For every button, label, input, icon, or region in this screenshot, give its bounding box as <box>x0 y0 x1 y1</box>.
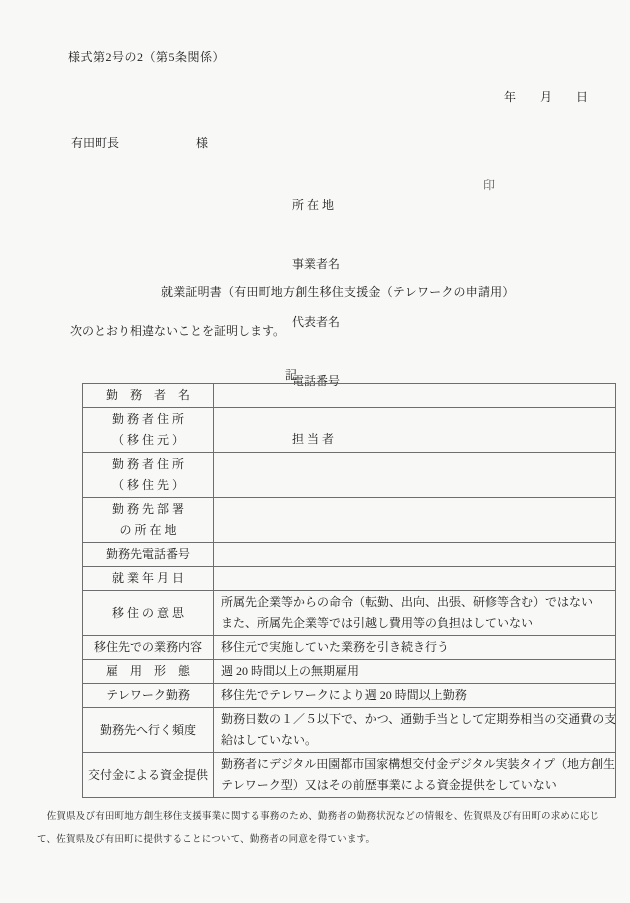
sender-representative-label: 代表者名 <box>292 313 340 333</box>
row-value-cell: 移住先でテレワークにより週 20 時間以上勤務 <box>214 684 616 708</box>
table-row: 交付金による資金提供 勤務者にデジタル田園都市国家構想交付金デジタル実装タイプ（… <box>83 753 616 798</box>
form-number: 様式第2号の2（第5条関係） <box>68 48 225 65</box>
certificate-table-body: 勤 務 者 名 勤 務 者 住 所 （ 移 住 元 ） 勤 務 者 住 所 （ … <box>83 384 616 798</box>
row-label-cell: 移住先での業務内容 <box>83 636 214 660</box>
table-row: 勤 務 先 部 署 の 所 在 地 <box>83 498 616 543</box>
row-value-cell <box>214 384 616 408</box>
row-label-cell: 勤 務 先 部 署 の 所 在 地 <box>83 498 214 543</box>
table-row: テレワーク勤務 移住先でテレワークにより週 20 時間以上勤務 <box>83 684 616 708</box>
addressee-honorific: 様 <box>196 134 208 151</box>
row-value-cell: 週 20 時間以上の無期雇用 <box>214 660 616 684</box>
row-label-cell: 勤務先へ行く頻度 <box>83 708 214 753</box>
sender-location-label: 所 在 地 <box>292 196 340 216</box>
row-label-cell: 勤 務 者 名 <box>83 384 214 408</box>
sender-business-name-label: 事業者名 <box>292 255 340 275</box>
date-line: 年 月 日 <box>504 88 588 105</box>
table-row: 移住先での業務内容 移住元で実施していた業務を引き続き行う <box>83 636 616 660</box>
table-row: 勤務先電話番号 <box>83 543 616 567</box>
table-row: 勤 務 者 住 所 （ 移 住 先 ） <box>83 453 616 498</box>
row-label-cell: 交付金による資金提供 <box>83 753 214 798</box>
row-value-cell <box>214 498 616 543</box>
row-value-cell: 勤務者にデジタル田園都市国家構想交付金デジタル実装タイプ（地方創生 テレワーク型… <box>214 753 616 798</box>
table-row: 雇 用 形 態 週 20 時間以上の無期雇用 <box>83 660 616 684</box>
row-label-cell: 移 住 の 意 思 <box>83 591 214 636</box>
seal-mark: 印 <box>483 176 495 193</box>
row-label-cell: 勤 務 者 住 所 （ 移 住 元 ） <box>83 408 214 453</box>
row-value-cell <box>214 543 616 567</box>
addressee-name: 有田町長 <box>71 134 119 151</box>
row-value-cell: 勤務日数の１／５以下で、かつ、通勤手当として定期券相当の交通費の支 給はしていな… <box>214 708 616 753</box>
row-value-cell <box>214 453 616 498</box>
row-label-cell: 就 業 年 月 日 <box>83 567 214 591</box>
table-row: 勤 務 者 住 所 （ 移 住 元 ） <box>83 408 616 453</box>
table-row: 勤務先へ行く頻度 勤務日数の１／５以下で、かつ、通勤手当として定期券相当の交通費… <box>83 708 616 753</box>
row-label-cell: テレワーク勤務 <box>83 684 214 708</box>
row-value-cell <box>214 567 616 591</box>
certification-statement: 次のとおり相違ないことを証明します。 <box>70 322 285 339</box>
row-label-cell: 勤 務 者 住 所 （ 移 住 先 ） <box>83 453 214 498</box>
document-title: 就業証明書（有田町地方創生移住支援金（テレワークの申請用） <box>161 283 515 300</box>
row-label-cell: 雇 用 形 態 <box>83 660 214 684</box>
certificate-table: 勤 務 者 名 勤 務 者 住 所 （ 移 住 元 ） 勤 務 者 住 所 （ … <box>82 383 616 798</box>
table-row: 勤 務 者 名 <box>83 384 616 408</box>
row-value-cell <box>214 408 616 453</box>
row-label-cell: 勤務先電話番号 <box>83 543 214 567</box>
footer-consent-note: 佐賀県及び有田町地方創生移住支援事業に関する事務のため、勤務者の勤務状況などの情… <box>37 806 612 851</box>
table-row: 移 住 の 意 思 所属先企業等からの命令（転勤、出向、出張、研修等含む）ではな… <box>83 591 616 636</box>
document-page: 様式第2号の2（第5条関係） 年 月 日 有田町長 様 所 在 地 事業者名 代… <box>0 0 630 903</box>
row-value-cell: 移住元で実施していた業務を引き続き行う <box>214 636 616 660</box>
table-heading-ki: 記 <box>285 366 297 383</box>
row-value-cell: 所属先企業等からの命令（転勤、出向、出張、研修等含む）ではない また、所属先企業… <box>214 591 616 636</box>
table-row: 就 業 年 月 日 <box>83 567 616 591</box>
